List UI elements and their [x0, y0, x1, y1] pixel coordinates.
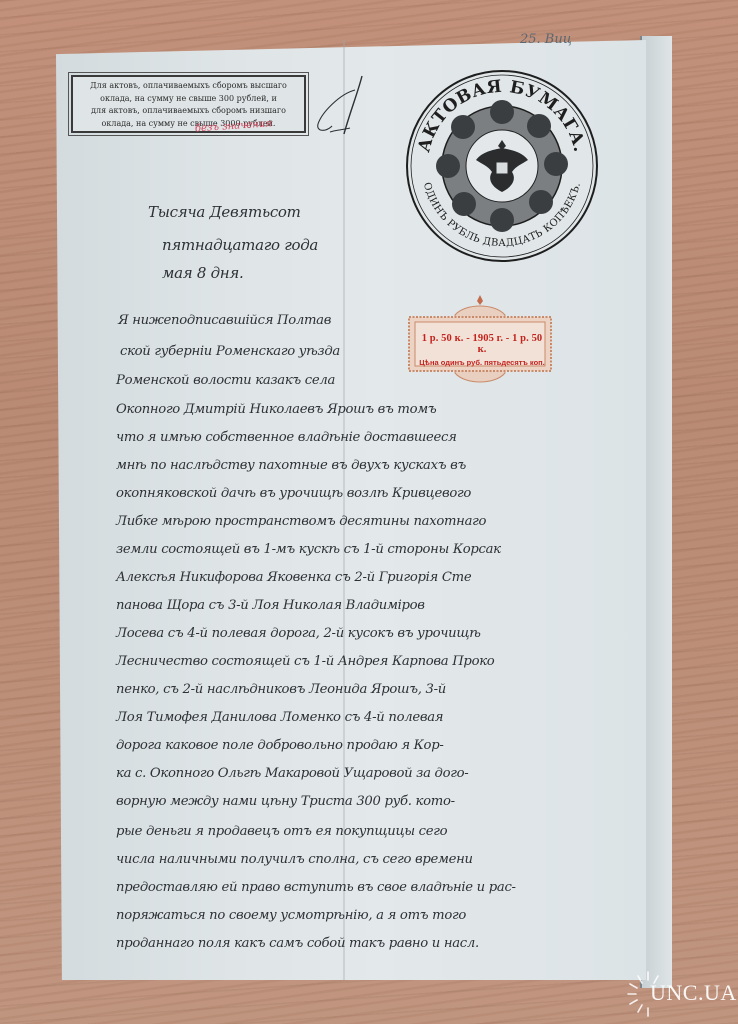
handwritten-body-line: окопняковской дачѣ въ урочищѣ возлѣ Крив… [116, 486, 471, 501]
handwritten-body-line: ской губерніи Роменскаго уѣзда [120, 344, 340, 359]
handwritten-body-line: пенко, съ 2-й наслѣдниковъ Леонида Ярошъ… [116, 682, 446, 697]
notice-line: Для актовъ, оплачиваемыхъ сборомъ высшаг… [77, 80, 300, 93]
handwritten-body-line: дорога каковое поле добровольно продаю я… [116, 738, 444, 753]
handwritten-body-line: числа наличными получилъ сполна, съ сего… [116, 852, 473, 867]
handwritten-body-line: Я нижеподписавшійся Полтав [118, 313, 331, 328]
handwritten-body-line: ворную между нами цѣну Триста 300 руб. к… [116, 794, 455, 809]
handwritten-body-line: Лосева съ 4-й полевая дорога, 2-й кусокъ… [116, 626, 481, 641]
handwritten-body-line: мнѣ по наслѣдству пахотные въ двухъ куск… [116, 458, 466, 473]
handwritten-body-line: что я имѣю собственное владѣніе доставше… [116, 430, 457, 445]
handwritten-date-line: пятнадцатаго года [162, 236, 318, 254]
handwritten-date-line: мая 8 дня. [162, 264, 243, 282]
actovaya-bumaga-seal: АКТОВАЯ БУМАГА. ОДИНЪ РУБЛЬ ДВАДЦАТЬ КОП… [404, 68, 600, 264]
notice-line: для актовъ, оплачиваемыхъ сборомъ низшаг… [77, 105, 300, 118]
handwritten-body-line: рые деньги я продавецъ отъ ея покупщицы … [116, 824, 447, 839]
handwritten-body-line: проданнаго поля какъ самъ собой такъ рав… [116, 936, 479, 951]
handwritten-body-line: Роменской волости казакъ села [116, 373, 335, 388]
price-stamp-text: 1 р. 50 к. - 1905 г. - 1 р. 50 к. Цѣна о… [418, 330, 546, 370]
handwritten-body-line: ка с. Окопного Ольгѣ Макаровой Ущаровой … [116, 766, 468, 781]
handwritten-body-line: поряжаться по своему усмотрѣнію, а я отъ… [116, 908, 466, 923]
handwritten-body-line: Лесничество состоящей съ 1-й Андрея Карп… [116, 654, 494, 669]
corner-pencil-note: 25. Виц [520, 32, 572, 47]
fold-line [343, 40, 345, 980]
notice-line: оклада, на сумму не свыше 300 рублей, и [77, 93, 300, 106]
handwritten-date-line: Тысяча Девятьсот [148, 203, 301, 221]
price-stamp-line1: 1 р. 50 к. - 1905 г. - 1 р. 50 к. [418, 333, 546, 355]
handwritten-body-line: панова Щора съ 3-й Лоя Николая Владиміро… [116, 598, 425, 613]
handwritten-body-line: земли состоящей въ 1-мъ кускѣ съ 1-й сто… [116, 542, 501, 557]
handwritten-body-line: Алексѣя Никифорова Яковенка съ 2-й Григо… [116, 570, 471, 585]
signature-flourish-icon [300, 72, 380, 142]
handwritten-body-line: Лоя Тимофея Данилова Ломенко съ 4-й поле… [116, 710, 443, 725]
handwritten-body-line: Либке мѣрою пространствомъ десятины пахо… [116, 514, 486, 529]
handwritten-body-line: предоставляю ей право вступить въ свое в… [116, 880, 516, 895]
price-stamp-line2: Цѣна одинъ руб. пятьдесятъ коп. [418, 358, 546, 367]
unc-watermark-text: UNC.UA [650, 980, 737, 1006]
handwritten-body-line: Окопного Дмитрій Николаевъ Ярошъ въ томъ [116, 402, 436, 417]
